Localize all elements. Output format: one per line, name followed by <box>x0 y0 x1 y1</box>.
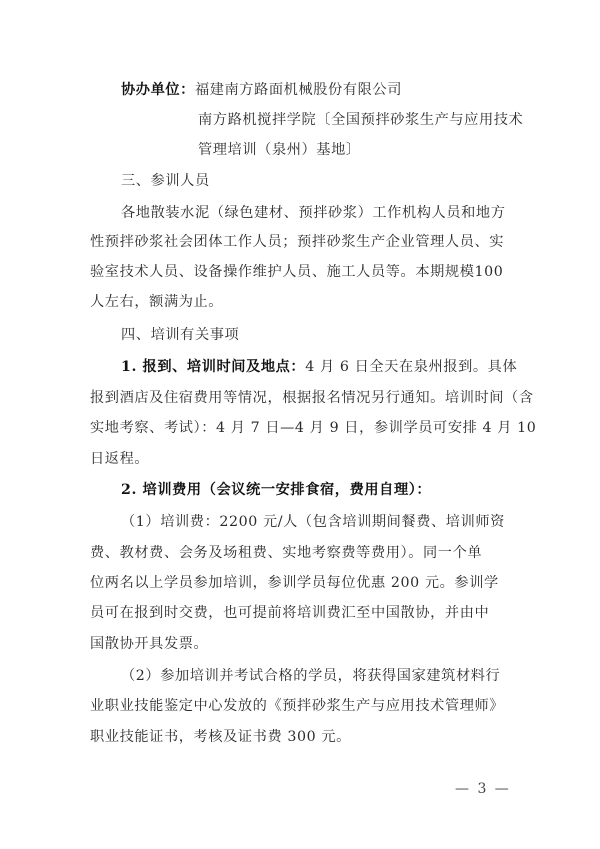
co-organizer-name-1: 福建南方路面机械股份有限公司 <box>195 82 402 98</box>
item-2-sub1-line: 位两名以上学员参加培训，参训学员每位优惠 200 元。参训学 <box>90 573 510 593</box>
item-2-sub1-line: 员可在报到时交费，也可提前将培训费汇至中国散协，并由中 <box>90 603 510 623</box>
co-organizer-name-2: 南方路机搅拌学院〔全国预拌砂浆生产与应用技术 <box>198 110 510 130</box>
item-1-line: 报到酒店及住宿费用等情况，根据报名情况另行通知。培训时间（含 <box>90 388 510 408</box>
item-1-line: 日返程。 <box>90 449 510 469</box>
section-3-para-line: 性预拌砂浆社会团体工作人员；预拌砂浆生产企业管理人员、实 <box>90 232 510 252</box>
item-1-first: 4 月 6 日全天在泉州报到。具体 <box>305 359 517 375</box>
item-1-line: 实地考察、考试）：4 月 7 日—4 月 9 日，参训学员可安排 4 月 10 <box>90 418 510 438</box>
co-organizer-label: 协办单位： <box>121 82 195 98</box>
section-3-para-line: 人左右，额满为止。 <box>90 292 510 312</box>
co-organizer-line-1: 协办单位：福建南方路面机械股份有限公司 <box>121 80 510 100</box>
section-4-heading: 四、培训有关事项 <box>121 325 510 345</box>
co-organizer-name-3: 管理培训（泉州）基地〕 <box>198 140 510 160</box>
item-2-sub1-line: （1）培训费：2200 元/人（包含培训期间餐费、培训师资 <box>121 512 510 532</box>
item-2-sub2-line: 职业技能证书，考核及证书费 300 元。 <box>90 727 510 747</box>
item-1-line-1: 1. 报到、培训时间及地点：4 月 6 日全天在泉州报到。具体 <box>121 357 510 377</box>
document-page: 协办单位：福建南方路面机械股份有限公司 南方路机搅拌学院〔全国预拌砂浆生产与应用… <box>0 0 600 849</box>
section-3-para-line: 各地散装水泥（绿色建材、预拌砂浆）工作机构人员和地方 <box>121 203 510 223</box>
item-1-title: 1. 报到、培训时间及地点： <box>121 359 305 375</box>
page-number: — 3 — <box>455 781 511 797</box>
item-2-sub2-line: （2）参加培训并考试合格的学员，将获得国家建筑材料行 <box>121 666 510 686</box>
item-2-sub2-line: 业职业技能鉴定中心发放的《预拌砂浆生产与应用技术管理师》 <box>90 696 510 716</box>
item-2-sub1-line: 费、教材费、会务及场租费、实地考察费等费用）。同一个单 <box>90 543 510 563</box>
section-3-heading: 三、参训人员 <box>121 171 510 191</box>
item-2-title: 2. 培训费用（会议统一安排食宿，费用自理）： <box>121 480 510 500</box>
section-3-para-line: 验室技术人员、设备操作维护人员、施工人员等。本期规模100 <box>90 262 510 282</box>
item-2-sub1-line: 国散协开具发票。 <box>90 634 510 654</box>
